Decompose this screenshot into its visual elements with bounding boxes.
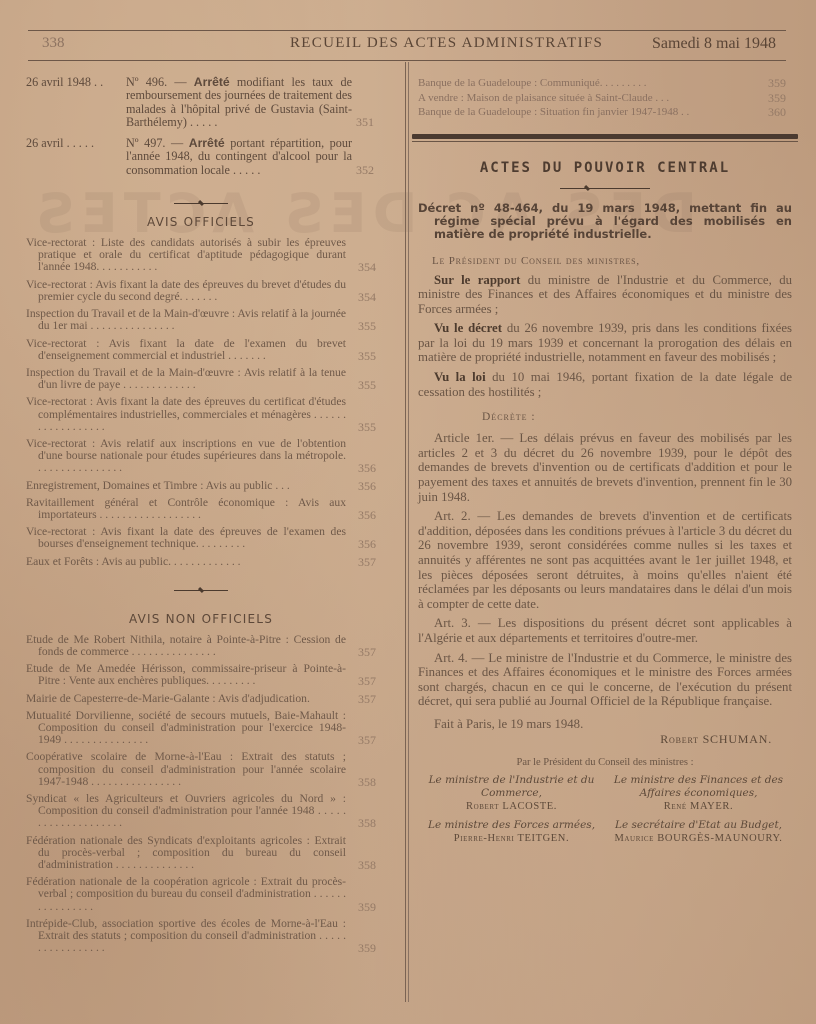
para-lead: Sur le rapport bbox=[434, 273, 520, 287]
toc-entry: Banque de la Guadeloupe : Communiqué. . … bbox=[418, 76, 792, 91]
entry-page: 352 bbox=[356, 164, 374, 177]
toc-page: 357 bbox=[358, 646, 376, 658]
toc-page: 359 bbox=[768, 91, 786, 106]
toc-text: Vice-rectorat : Avis fixant la date des … bbox=[26, 526, 346, 550]
toc-page: 360 bbox=[768, 105, 786, 120]
decrete-heading: Décrète : bbox=[482, 411, 792, 423]
section-title-actes: ACTES DU POUVOIR CENTRAL bbox=[418, 160, 792, 176]
signature-name: Pierre-Henri TEITGEN. bbox=[454, 833, 569, 844]
article-paragraph: Art. 2. — Les demandes de brevets d'inve… bbox=[418, 509, 792, 611]
toc-page: 356 bbox=[358, 480, 376, 492]
ornament-divider bbox=[560, 184, 650, 192]
toc-entry: A vendre : Maison de plaisance située à … bbox=[418, 91, 792, 106]
toc-text: Mairie de Capesterre-de-Marie-Galante : … bbox=[26, 693, 346, 705]
toc-entry: Coopérative scolaire de Morne-à-l'Eau : … bbox=[26, 751, 376, 788]
article-paragraph: Art. 4. — Le ministre de l'Industrie et … bbox=[418, 651, 792, 709]
toc-entry: Inspection du Travail et de la Main-d'œu… bbox=[26, 308, 376, 332]
toc-text: Intrépide-Club, association sportive des… bbox=[26, 918, 346, 955]
signature-block: Le ministre des Forces armées,Pierre-Hen… bbox=[418, 819, 605, 845]
toc-entry: Banque de la Guadeloupe : Situation fin … bbox=[418, 105, 792, 120]
entry-kind: Arrêté bbox=[194, 75, 230, 89]
president-heading: Le Président du Conseil des ministres, bbox=[432, 255, 792, 267]
article-paragraph: Article 1er. — Les délais prévus en fave… bbox=[418, 431, 792, 504]
signature-name: René MAYER. bbox=[664, 801, 733, 812]
article-lead: Art. 3. — bbox=[434, 616, 491, 630]
gazette-page: DES ACTES DES AC 338 RECUEIL DES ACTES A… bbox=[0, 0, 816, 1024]
article-lead: Art. 2. — bbox=[434, 509, 490, 523]
toc-entry: Vice-rectorat : Avis fixant la date de l… bbox=[26, 338, 376, 362]
toc-entry: Mutualité Dorvilienne, société de secour… bbox=[26, 710, 376, 747]
toc-page: 355 bbox=[358, 350, 376, 362]
issue-date: Samedi 8 mai 1948 bbox=[652, 35, 776, 53]
toc-entry: Vice-rectorat : Liste des candidats auto… bbox=[26, 237, 376, 274]
header-bottom-rule bbox=[28, 60, 786, 61]
toc-text: Etude de Me Robert Nithila, notaire à Po… bbox=[26, 634, 346, 658]
fait-a-paris: Fait à Paris, le 19 mars 1948. bbox=[434, 717, 792, 732]
toc-page: 357 bbox=[358, 693, 376, 705]
publication-title: RECUEIL DES ACTES ADMINISTRATIFS bbox=[290, 35, 603, 52]
article-lead: Article 1er. — bbox=[434, 431, 513, 445]
toc-text: Fédération nationale de la coopération a… bbox=[26, 876, 346, 913]
section-thin-rule bbox=[412, 141, 798, 142]
signature-role: Le ministre des Forces armées, bbox=[428, 819, 595, 831]
toc-page: 358 bbox=[358, 817, 376, 829]
toc-text: Inspection du Travail et de la Main-d'œu… bbox=[26, 308, 346, 332]
toc-text: Fédération nationale des Syndicats d'exp… bbox=[26, 835, 346, 872]
ornament-divider bbox=[174, 586, 228, 594]
toc-page: 355 bbox=[358, 320, 376, 332]
page-number: 338 bbox=[42, 35, 65, 52]
preamble-paragraph: Sur le rapport du ministre de l'Industri… bbox=[418, 273, 792, 317]
entry-number: Nº 497. — bbox=[126, 136, 183, 150]
toc-page: 356 bbox=[358, 538, 376, 550]
entry-page: 351 bbox=[356, 116, 374, 129]
toc-entry: Inspection du Travail et de la Main-d'œu… bbox=[26, 367, 376, 391]
toc-text: Mutualité Dorvilienne, société de secour… bbox=[26, 710, 346, 747]
toc-page: 359 bbox=[768, 76, 786, 91]
decree-title: Décret nº 48-464, du 19 mars 1948, metta… bbox=[418, 202, 792, 241]
signature-role: Le ministre des Finances et des Affaires… bbox=[614, 774, 783, 799]
toc-entry: Ravitaillement général et Contrôle écono… bbox=[26, 497, 376, 521]
toc-entry: Vice-rectorat : Avis fixant la date des … bbox=[26, 526, 376, 550]
signature-block: Le secrétaire d'Etat au Budget,Maurice B… bbox=[605, 819, 792, 845]
toc-page: 354 bbox=[358, 291, 376, 303]
signature-block: Le ministre de l'Industrie et du Commerc… bbox=[418, 774, 605, 813]
left-column: 26 avril 1948 . . Nº 496. — Arrêté modif… bbox=[26, 76, 376, 959]
toc-text: Inspection du Travail et de la Main-d'œu… bbox=[26, 367, 346, 391]
dated-entry: 26 avril 1948 . . Nº 496. — Arrêté modif… bbox=[26, 76, 376, 129]
toc-text: Syndicat « les Agriculteurs et Ouvriers … bbox=[26, 793, 346, 830]
section-title-avis-officiels: AVIS OFFICIELS bbox=[26, 215, 376, 229]
signature-role: Le ministre de l'Industrie et du Commerc… bbox=[429, 774, 595, 799]
toc-text: Eaux et Forêts : Avis au public. . . . .… bbox=[26, 556, 346, 568]
entry-date: 26 avril . . . . . bbox=[26, 137, 126, 150]
toc-page: 358 bbox=[358, 859, 376, 871]
section-title-avis-non-officiels: AVIS NON OFFICIELS bbox=[26, 612, 376, 626]
toc-page: 358 bbox=[358, 776, 376, 788]
toc-text: Etude de Me Amedée Hérisson, commissaire… bbox=[26, 663, 346, 687]
signature-name: Robert LACOSTE. bbox=[466, 801, 557, 812]
toc-page: 355 bbox=[358, 421, 376, 433]
running-header: 338 RECUEIL DES ACTES ADMINISTRATIFS Sam… bbox=[28, 33, 786, 57]
toc-entry: Enregistrement, Domaines et Timbre : Avi… bbox=[26, 480, 376, 492]
toc-page: 356 bbox=[358, 509, 376, 521]
toc-entry: Etude de Me Robert Nithila, notaire à Po… bbox=[26, 634, 376, 658]
toc-text: Banque de la Guadeloupe : Situation fin … bbox=[418, 106, 689, 118]
right-column: Banque de la Guadeloupe : Communiqué. . … bbox=[418, 76, 792, 851]
toc-page: 359 bbox=[358, 942, 376, 954]
toc-text: A vendre : Maison de plaisance située à … bbox=[418, 92, 669, 104]
toc-text: Vice-rectorat : Avis relatif aux inscrip… bbox=[26, 438, 346, 475]
toc-entry: Syndicat « les Agriculteurs et Ouvriers … bbox=[26, 793, 376, 830]
toc-text: Coopérative scolaire de Morne-à-l'Eau : … bbox=[26, 751, 346, 788]
para-lead: Vu la loi bbox=[434, 370, 486, 384]
toc-entry: Mairie de Capesterre-de-Marie-Galante : … bbox=[26, 693, 376, 705]
toc-text: Vice-rectorat : Avis fixant la date de l… bbox=[26, 338, 346, 362]
toc-page: 357 bbox=[358, 734, 376, 746]
toc-page: 356 bbox=[358, 462, 376, 474]
toc-page: 357 bbox=[358, 556, 376, 568]
toc-text: Banque de la Guadeloupe : Communiqué. . … bbox=[418, 77, 647, 89]
toc-entry: Etude de Me Amedée Hérisson, commissaire… bbox=[26, 663, 376, 687]
signature-row: Le ministre de l'Industrie et du Commerc… bbox=[418, 774, 792, 813]
entry-kind: Arrêté bbox=[189, 136, 225, 150]
column-divider bbox=[405, 62, 409, 1002]
article-lead: Art. 4. — bbox=[434, 651, 484, 665]
par-le-president: Par le Président du Conseil des ministre… bbox=[418, 757, 792, 768]
signature-block: Le ministre des Finances et des Affaires… bbox=[605, 774, 792, 813]
toc-page: 355 bbox=[358, 379, 376, 391]
toc-text: Ravitaillement général et Contrôle écono… bbox=[26, 497, 346, 521]
signature-role: Le secrétaire d'Etat au Budget, bbox=[615, 819, 782, 831]
toc-text: Enregistrement, Domaines et Timbre : Avi… bbox=[26, 480, 346, 492]
para-lead: Vu le décret bbox=[434, 321, 502, 335]
toc-page: 357 bbox=[358, 675, 376, 687]
toc-entry: Vice-rectorat : Avis relatif aux inscrip… bbox=[26, 438, 376, 475]
toc-text: Vice-rectorat : Avis fixant la date des … bbox=[26, 396, 346, 433]
toc-text: Vice-rectorat : Liste des candidats auto… bbox=[26, 237, 346, 274]
entry-number: Nº 496. — bbox=[126, 75, 187, 89]
toc-entry: Fédération nationale des Syndicats d'exp… bbox=[26, 835, 376, 872]
header-top-rule bbox=[28, 30, 786, 31]
entry-date: 26 avril 1948 . . bbox=[26, 76, 126, 89]
toc-entry: Intrépide-Club, association sportive des… bbox=[26, 918, 376, 955]
preamble-paragraph: Vu la loi du 10 mai 1946, portant fixati… bbox=[418, 370, 792, 399]
toc-entry: Eaux et Forêts : Avis au public. . . . .… bbox=[26, 556, 376, 568]
toc-entry: Vice-rectorat : Avis fixant la date des … bbox=[26, 396, 376, 433]
toc-entry: Fédération nationale de la coopération a… bbox=[26, 876, 376, 913]
main-signatory: Robert SCHUMAN. bbox=[418, 732, 772, 747]
ornament-divider bbox=[174, 199, 228, 207]
signature-row: Le ministre des Forces armées,Pierre-Hen… bbox=[418, 819, 792, 845]
toc-entry: Vice-rectorat : Avis fixant la date des … bbox=[26, 279, 376, 303]
article-text: Les demandes de brevets d'invention et d… bbox=[418, 509, 792, 611]
section-thick-rule bbox=[412, 134, 798, 139]
preamble-paragraph: Vu le décret du 26 novembre 1939, pris d… bbox=[418, 321, 792, 365]
toc-page: 359 bbox=[358, 901, 376, 913]
signature-name: Maurice BOURGÈS-MAUNOURY. bbox=[614, 833, 782, 844]
toc-text: Vice-rectorat : Avis fixant la date des … bbox=[26, 279, 346, 303]
article-paragraph: Art. 3. — Les dispositions du présent dé… bbox=[418, 616, 792, 645]
toc-page: 354 bbox=[358, 261, 376, 273]
dated-entry: 26 avril . . . . . Nº 497. — Arrêté port… bbox=[26, 137, 376, 177]
